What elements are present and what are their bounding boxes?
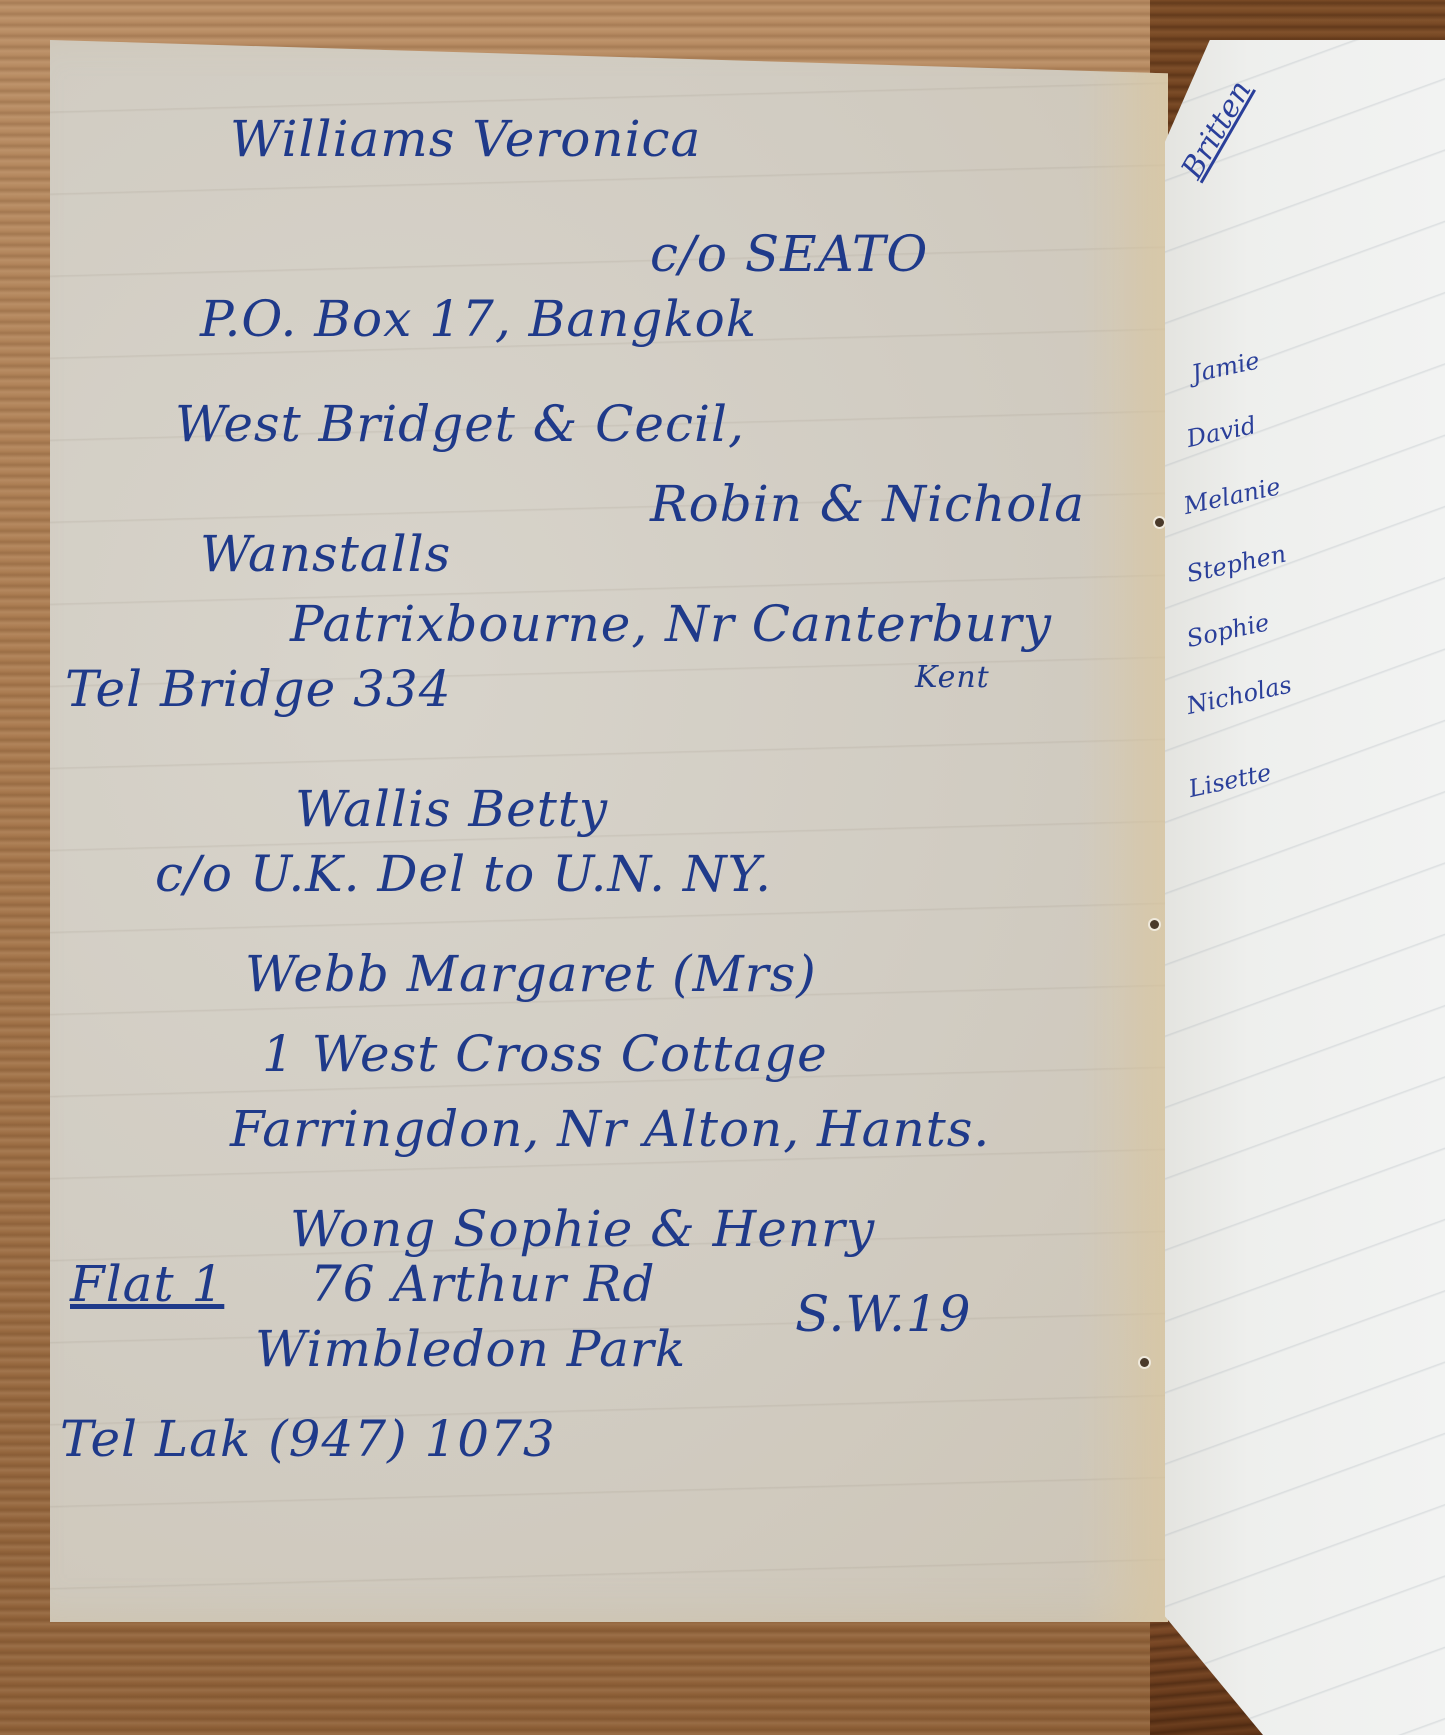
entry-line: 76 Arthur Rd	[310, 1255, 655, 1313]
entry-prefix: Flat 1	[70, 1255, 224, 1313]
entry-name-wallis: Wallis Betty	[295, 780, 608, 838]
entry-phone: Tel Lak (947) 1073	[60, 1410, 556, 1468]
binding-stitch-hole	[1155, 518, 1164, 527]
left-notebook-page	[50, 32, 1168, 1622]
binding-stitch-hole	[1140, 1358, 1149, 1367]
entry-line: Farringdon, Nr Alton, Hants.	[230, 1100, 990, 1158]
entry-name-williams: Williams Veronica	[230, 110, 701, 168]
entry-line: 1 West Cross Cottage	[262, 1025, 828, 1083]
entry-line: Wanstalls	[200, 525, 451, 583]
right-notebook-page	[1165, 40, 1445, 1735]
entry-line: S.W.19	[795, 1285, 972, 1343]
entry-phone: Tel Bridge 334	[65, 660, 452, 718]
entry-line: P.O. Box 17, Bangkok	[200, 290, 757, 348]
entry-line: Kent	[915, 660, 990, 695]
entry-name-wong: Wong Sophie & Henry	[290, 1200, 875, 1258]
entry-name-west: West Bridget & Cecil,	[175, 395, 745, 453]
entry-line: Robin & Nichola	[650, 475, 1085, 533]
entry-line: c/o U.K. Del to U.N. NY.	[155, 845, 772, 903]
entry-line: c/o SEATO	[650, 225, 928, 283]
entry-line: Wimbledon Park	[255, 1320, 686, 1378]
entry-name-webb: Webb Margaret (Mrs)	[245, 945, 817, 1003]
binding-stitch-hole	[1150, 920, 1159, 929]
entry-line: Patrixbourne, Nr Canterbury	[290, 595, 1052, 653]
